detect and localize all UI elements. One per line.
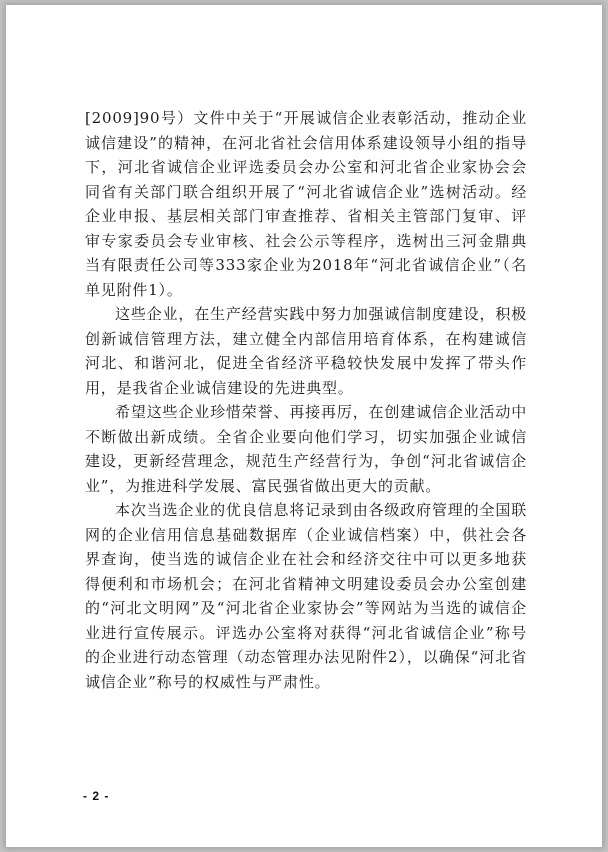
body-text: [2009]90号）文件中关于“开展诚信企业表彰活动，推动企业诚信建设”的精神，… <box>85 106 527 694</box>
paragraph-1: [2009]90号）文件中关于“开展诚信企业表彰活动，推动企业诚信建设”的精神，… <box>85 106 527 302</box>
paragraph-4: 本次当选企业的优良信息将记录到由各级政府管理的全国联网的企业信用信息基础数据库（… <box>85 498 527 694</box>
document-page: [2009]90号）文件中关于“开展诚信企业表彰活动，推动企业诚信建设”的精神，… <box>6 5 602 847</box>
document-viewer: [2009]90号）文件中关于“开展诚信企业表彰活动，推动企业诚信建设”的精神，… <box>0 0 608 852</box>
page-number: - 2 - <box>83 789 109 803</box>
paragraph-2: 这些企业，在生产经营实践中努力加强诚信制度建设，积极创新诚信管理方法，建立健全内… <box>85 302 527 400</box>
paragraph-3: 希望这些企业珍惜荣誉、再接再厉，在创建诚信企业活动中不断做出新成绩。全省企业要向… <box>85 400 527 498</box>
